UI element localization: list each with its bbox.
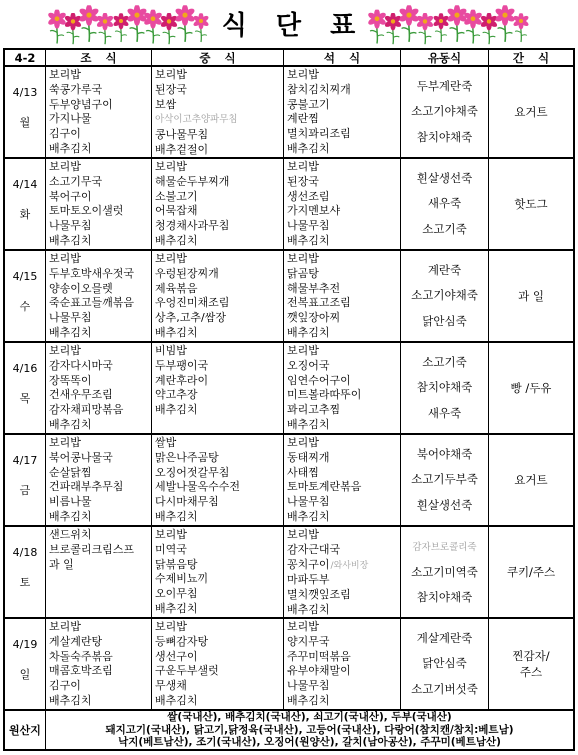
menu-item: 배추김치 xyxy=(49,326,151,341)
menu-item: 상추,고추/쌈장 xyxy=(155,311,283,326)
menu-page: 식 단 표 4-2 조 식 중 식 석 식 유동식 간 식 4/13 월 보리밥… xyxy=(0,0,578,755)
menu-item: 건파래부추무침 xyxy=(49,480,151,495)
menu-item: 감자다시마국 xyxy=(49,359,151,374)
menu-item: 배추김치 xyxy=(155,694,283,709)
liquid-food-cell: 감자브로콜리죽소고기미역죽참치야채죽 xyxy=(401,527,489,617)
menu-item: 보리밥 xyxy=(287,344,400,359)
menu-item: 배추김치 xyxy=(287,234,400,249)
snack-cell: 핫도그 xyxy=(489,159,573,249)
menu-item: 김구이 xyxy=(49,679,151,694)
menu-item: 소고기무국 xyxy=(49,175,151,190)
menu-item: 배추김치 xyxy=(287,603,400,617)
menu-item: 샌드위치 xyxy=(49,528,151,543)
snack-cell: 요거트 xyxy=(489,435,573,525)
menu-day-row: 4/17 금 보리밥북어콩나물국순살닭찜건파래부추무침비름나물배추김치 쌀밥맑은… xyxy=(5,435,573,527)
menu-item: 게살계란탕 xyxy=(49,635,151,650)
menu-item: 배추김치 xyxy=(287,418,400,433)
menu-item: 닭안심죽 xyxy=(422,657,466,670)
menu-item: 보리밥 xyxy=(287,252,400,267)
menu-item: 멸치꽈리조림 xyxy=(287,127,400,142)
snack-cell: 과 일 xyxy=(489,251,573,341)
menu-item: 순살닭찜 xyxy=(49,466,151,481)
menu-item: 배추김치 xyxy=(155,234,283,249)
breakfast-cell: 보리밥게살계란탕차돌숙주볶음매콤호박조림김구이배추김치 xyxy=(46,619,152,709)
menu-item: 두부계란죽 xyxy=(417,80,473,93)
menu-item: 맑은나주곰탕 xyxy=(155,451,283,466)
weekday-label: 월 xyxy=(20,114,31,130)
menu-item: 보리밥 xyxy=(49,436,151,451)
menu-item: 비름나물 xyxy=(49,495,151,510)
menu-item: 새우죽 xyxy=(428,407,461,420)
menu-item: 된장국 xyxy=(155,83,283,98)
menu-item: 배추김치 xyxy=(287,142,400,157)
liquid-food-cell: 흰살생선죽새우죽소고기죽 xyxy=(401,159,489,249)
column-header-lunch: 중 식 xyxy=(152,50,284,65)
menu-item: 계란죽 xyxy=(428,264,461,277)
flower-icon xyxy=(445,3,469,44)
date-cell: 4/19 일 xyxy=(5,619,46,709)
menu-item: 보리밥 xyxy=(49,68,151,83)
menu-item: 참치야채죽 xyxy=(417,591,473,604)
menu-item: 보리밥 xyxy=(287,620,400,635)
menu-item: 우엉진미채조림 xyxy=(155,296,283,311)
flower-icon xyxy=(125,3,149,44)
origin-line: 돼지고기(국내산), 닭고기,닭정육(국내산), 고등어(국내산), 다랑어(참… xyxy=(105,724,513,737)
menu-item: 보리밥 xyxy=(155,68,283,83)
menu-item: 소고기야채죽 xyxy=(411,289,478,302)
menu-item: 장똑똑이 xyxy=(49,374,151,389)
origin-line: 쌀(국내산), 배추김치(국내산), 쇠고기(국내산), 두부(국내산) xyxy=(167,711,451,724)
lunch-cell: 보리밥된장국보쌈아삭이고추양파무침콩나물무침배추겉절이 xyxy=(152,67,284,157)
menu-item: 닭볶음탕 xyxy=(155,558,283,573)
column-header-dinner: 석 식 xyxy=(284,50,401,65)
menu-day-row: 4/13 월 보리밥쑥콩가루국두부양념구이가지나물김구이배추김치 보리밥된장국보… xyxy=(5,67,573,159)
menu-item: 배추김치 xyxy=(155,326,283,341)
menu-item: 배추김치 xyxy=(155,510,283,525)
lunch-cell: 보리밥해물순두부찌개소불고기어묵잡채청경채사과무침배추김치 xyxy=(152,159,284,249)
menu-item: 콩불고기 xyxy=(287,98,400,113)
dinner-cell: 보리밥감자근대국꽁치구이/와사비장마파두부멸치깻잎조림배추김치 xyxy=(284,527,401,617)
menu-item: 다시마채무침 xyxy=(155,495,283,510)
origin-line: 낙지(베트남산), 조기(국내산), 오징어(원양산), 갈치(남아공산), 주… xyxy=(118,736,501,749)
menu-item: 브로콜리크림스프 xyxy=(49,543,151,558)
menu-item: 두부양념구이 xyxy=(49,98,151,113)
date-cell: 4/14 화 xyxy=(5,159,46,249)
menu-item: 미트볼라따뚜이 xyxy=(287,388,400,403)
menu-item: 흰살생선죽 xyxy=(417,499,473,512)
menu-item: 소고기버섯죽 xyxy=(411,683,478,696)
menu-item: 차돌숙주볶음 xyxy=(49,650,151,665)
menu-item: 멸치깻잎조림 xyxy=(287,588,400,603)
weekday-label: 수 xyxy=(20,298,31,314)
snack-cell: 찐감자/ 주스 xyxy=(489,619,573,709)
liquid-food-cell: 소고기죽참치야채죽새우죽 xyxy=(401,343,489,433)
liquid-food-cell: 게살계란죽닭안심죽소고기버섯죽 xyxy=(401,619,489,709)
weekday-label: 화 xyxy=(20,206,31,222)
menu-item: 청경채사과무침 xyxy=(155,219,283,234)
page-title: 식 단 표 xyxy=(222,5,356,42)
menu-item: 배추김치 xyxy=(49,418,151,433)
menu-item: 가지나물 xyxy=(49,112,151,127)
menu-item: 해물부추전 xyxy=(287,282,400,297)
menu-item: 계란후라이 xyxy=(155,374,283,389)
dinner-cell: 보리밥참치김치찌개콩불고기계란찜멸치꽈리조림배추김치 xyxy=(284,67,401,157)
menu-item: 꽁치구이/와사비장 xyxy=(287,558,400,574)
weekday-label: 토 xyxy=(20,574,31,590)
menu-item: 보리밥 xyxy=(49,252,151,267)
date-label: 4/15 xyxy=(13,270,38,283)
menu-item: 꽈리고추찜 xyxy=(287,403,400,418)
liquid-food-cell: 북어야채죽소고기두부죽흰살생선죽 xyxy=(401,435,489,525)
menu-item: 나물무침 xyxy=(49,311,151,326)
menu-item: 우렁된장찌개 xyxy=(155,267,283,282)
menu-item: 소고기두부죽 xyxy=(411,473,478,486)
menu-item: 생선구이 xyxy=(155,650,283,665)
menu-item: 배추김치 xyxy=(49,142,151,157)
menu-item: 어묵잡채 xyxy=(155,204,283,219)
menu-item: 보리밥 xyxy=(49,620,151,635)
menu-item: 쌀밥 xyxy=(155,436,283,451)
menu-day-row: 4/14 화 보리밥소고기무국북어구이토마토오이샐럿나물무침배추김치 보리밥해물… xyxy=(5,159,573,251)
menu-item: 두부팽이국 xyxy=(155,359,283,374)
snack-cell: 쿠키/주스 xyxy=(489,527,573,617)
menu-item: 수제비뇨끼 xyxy=(155,572,283,587)
menu-item: 게살계란죽 xyxy=(417,632,473,645)
menu-item: 보리밥 xyxy=(287,68,400,83)
menu-item: 북어야채죽 xyxy=(417,448,473,461)
menu-item: 소고기야채죽 xyxy=(411,105,478,118)
dinner-cell: 보리밥오징어국임연수어구이미트볼라따뚜이꽈리고추찜배추김치 xyxy=(284,343,401,433)
menu-item: 배추김치 xyxy=(287,326,400,341)
column-header-snack: 간 식 xyxy=(489,50,573,65)
menu-item: 소고기죽 xyxy=(422,356,466,369)
menu-item: 배추김치 xyxy=(155,602,283,617)
menu-item: 배추김치 xyxy=(49,234,151,249)
origin-content: 쌀(국내산), 배추김치(국내산), 쇠고기(국내산), 두부(국내산) 돼지고… xyxy=(46,711,573,749)
menu-item: 오징어젓갈무침 xyxy=(155,466,283,481)
menu-item: 전복표고조림 xyxy=(287,296,400,311)
menu-item: 오이무침 xyxy=(155,587,283,602)
menu-item: 건새우무조림 xyxy=(49,388,151,403)
date-label: 4/17 xyxy=(13,454,38,467)
dinner-cell: 보리밥동태찌개사태찜토마토계란볶음나물무침배추김치 xyxy=(284,435,401,525)
liquid-food-cell: 계란죽소고기야채죽닭안심죽 xyxy=(401,251,489,341)
menu-item: 보리밥 xyxy=(49,344,151,359)
menu-day-row: 4/15 수 보리밥두부호박새우젓국양송이오믈렛죽순표고들깨볶음나물무침배추김치… xyxy=(5,251,573,343)
menu-item: 보리밥 xyxy=(287,160,400,175)
menu-item: 해물순두부찌개 xyxy=(155,175,283,190)
menu-item: 과 일 xyxy=(49,558,151,573)
menu-item: 비빔밥 xyxy=(155,344,283,359)
menu-item: 소불고기 xyxy=(155,190,283,205)
menu-item: 죽순표고들깨볶음 xyxy=(49,296,151,311)
breakfast-cell: 보리밥두부호박새우젓국양송이오믈렛죽순표고들깨볶음나물무침배추김치 xyxy=(46,251,152,341)
menu-item: 계란찜 xyxy=(287,112,400,127)
dinner-cell: 보리밥닭곰탕해물부추전전복표고조림깻잎장아찌배추김치 xyxy=(284,251,401,341)
menu-item: 보리밥 xyxy=(49,160,151,175)
menu-item: 구운두부샐럿 xyxy=(155,664,283,679)
breakfast-cell: 보리밥감자다시마국장똑똑이건새우무조림감자채피망볶음배추김치 xyxy=(46,343,152,433)
menu-item: 새우죽 xyxy=(428,197,461,210)
date-cell: 4/17 금 xyxy=(5,435,46,525)
menu-item: 나물무침 xyxy=(287,219,400,234)
menu-item: 등뼈감자탕 xyxy=(155,635,283,650)
lunch-cell: 보리밥등뼈감자탕생선구이구운두부샐럿무생채배추김치 xyxy=(152,619,284,709)
menu-item: 약고추장 xyxy=(155,388,283,403)
menu-item: 토마토계란볶음 xyxy=(287,480,400,495)
menu-item: 배추김치 xyxy=(49,694,151,709)
menu-item: 주꾸미떡볶음 xyxy=(287,650,400,665)
menu-item: 감자채피망볶음 xyxy=(49,403,151,418)
flower-icon xyxy=(512,12,531,44)
menu-item: 닭안심죽 xyxy=(422,315,466,328)
menu-item: 양송이오믈렛 xyxy=(49,282,151,297)
menu-item: 세발나물옥수수전 xyxy=(155,480,283,495)
dinner-cell: 보리밥양지무국주꾸미떡볶음유부야채말이나물무침배추김치 xyxy=(284,619,401,709)
column-header-liquid-food: 유동식 xyxy=(401,50,489,65)
dinner-cell: 보리밥된장국생선조림가지멘보샤나물무침배추김치 xyxy=(284,159,401,249)
menu-item: 두부호박새우젓국 xyxy=(49,267,151,282)
menu-item: 제육볶음 xyxy=(155,282,283,297)
menu-item: 김구이 xyxy=(49,127,151,142)
menu-item: 나물무침 xyxy=(287,495,400,510)
menu-item: 된장국 xyxy=(287,175,400,190)
date-label: 4/19 xyxy=(13,638,38,651)
flower-strip-left xyxy=(46,4,212,46)
date-cell: 4/16 목 xyxy=(5,343,46,433)
menu-item: 배추김치 xyxy=(287,510,400,525)
menu-item: 참치야채죽 xyxy=(417,131,473,144)
weekday-label: 목 xyxy=(20,390,31,406)
menu-item: 동태찌개 xyxy=(287,451,400,466)
menu-item: 쑥콩가루국 xyxy=(49,83,151,98)
date-cell: 4/18 토 xyxy=(5,527,46,617)
weekday-label: 일 xyxy=(20,666,31,682)
week-label: 4-2 xyxy=(5,50,46,65)
date-label: 4/16 xyxy=(13,362,38,375)
menu-item: 양지무국 xyxy=(287,635,400,650)
menu-item: 보리밥 xyxy=(155,160,283,175)
flower-strip-right xyxy=(366,4,532,46)
origin-row: 원산지 쌀(국내산), 배추김치(국내산), 쇠고기(국내산), 두부(국내산)… xyxy=(5,711,573,749)
menu-item: 흰살생선죽 xyxy=(417,172,473,185)
breakfast-cell: 보리밥소고기무국북어구이토마토오이샐럿나물무침배추김치 xyxy=(46,159,152,249)
breakfast-cell: 보리밥북어콩나물국순살닭찜건파래부추무침비름나물배추김치 xyxy=(46,435,152,525)
lunch-cell: 쌀밥맑은나주곰탕오징어젓갈무침세발나물옥수수전다시마채무침배추김치 xyxy=(152,435,284,525)
date-cell: 4/13 월 xyxy=(5,67,46,157)
menu-item: 배추김치 xyxy=(49,510,151,525)
table-header: 4-2 조 식 중 식 석 식 유동식 간 식 xyxy=(5,50,573,67)
menu-item: 미역국 xyxy=(155,543,283,558)
menu-item: 북어구이 xyxy=(49,190,151,205)
liquid-food-cell: 두부계란죽소고기야채죽참치야채죽 xyxy=(401,67,489,157)
menu-item: 나물무침 xyxy=(49,219,151,234)
menu-item: 감자브로콜리죽 xyxy=(412,540,476,554)
menu-item: 보리밥 xyxy=(287,528,400,543)
menu-item: 나물무침 xyxy=(287,679,400,694)
menu-item: 유부야채말이 xyxy=(287,664,400,679)
date-label: 4/14 xyxy=(13,178,38,191)
lunch-cell: 비빔밥두부팽이국계란후라이약고추장배추김치 xyxy=(152,343,284,433)
breakfast-cell: 샌드위치브로콜리크림스프과 일 xyxy=(46,527,152,617)
menu-item: 생선조림 xyxy=(287,190,400,205)
menu-item: 배추김치 xyxy=(155,403,283,418)
menu-table: 4-2 조 식 중 식 석 식 유동식 간 식 4/13 월 보리밥쑥콩가루국두… xyxy=(3,48,575,751)
snack-cell: 요거트 xyxy=(489,67,573,157)
weekday-label: 금 xyxy=(20,482,31,498)
menu-day-row: 4/16 목 보리밥감자다시마국장똑똑이건새우무조림감자채피망볶음배추김치 비빔… xyxy=(5,343,573,435)
column-header-breakfast: 조 식 xyxy=(46,50,152,65)
menu-item: 배추겉절이 xyxy=(155,143,283,157)
menu-item: 보리밥 xyxy=(155,620,283,635)
menu-item: 마파두부 xyxy=(287,573,400,588)
menu-item: 가지멘보샤 xyxy=(287,204,400,219)
menu-day-row: 4/18 토 샌드위치브로콜리크림스프과 일 보리밥미역국닭볶음탕수제비뇨끼오이… xyxy=(5,527,573,619)
menu-item: 오징어국 xyxy=(287,359,400,374)
flower-icon xyxy=(191,12,210,44)
menu-item: 무생채 xyxy=(155,679,283,694)
menu-item: 감자근대국 xyxy=(287,543,400,558)
menu-item: 보리밥 xyxy=(155,252,283,267)
menu-item: 임연수어구이 xyxy=(287,374,400,389)
menu-item: 보리밥 xyxy=(287,436,400,451)
breakfast-cell: 보리밥쑥콩가루국두부양념구이가지나물김구이배추김치 xyxy=(46,67,152,157)
menu-day-row: 4/19 일 보리밥게살계란탕차돌숙주볶음매콤호박조림김구이배추김치 보리밥등뼈… xyxy=(5,619,573,711)
menu-item: 닭곰탕 xyxy=(287,267,400,282)
menu-item: 참치야채죽 xyxy=(417,381,473,394)
date-cell: 4/15 수 xyxy=(5,251,46,341)
title-bar: 식 단 표 xyxy=(0,2,578,46)
origin-label: 원산지 xyxy=(5,711,46,749)
menu-item: 깻잎장아찌 xyxy=(287,311,400,326)
menu-item: 토마토오이샐럿 xyxy=(49,204,151,219)
menu-item: 보쌈 xyxy=(155,98,283,113)
date-label: 4/13 xyxy=(13,86,38,99)
menu-item: 소고기죽 xyxy=(422,223,466,236)
menu-item: 보리밥 xyxy=(155,528,283,543)
menu-item: 북어콩나물국 xyxy=(49,451,151,466)
menu-item: 소고기미역죽 xyxy=(411,566,478,579)
menu-item: 아삭이고추양파무침 xyxy=(155,112,283,128)
menu-rows: 4/13 월 보리밥쑥콩가루국두부양념구이가지나물김구이배추김치 보리밥된장국보… xyxy=(5,67,573,711)
menu-item: 배추김치 xyxy=(287,694,400,709)
menu-item: 매콤호박조림 xyxy=(49,664,151,679)
menu-item: 참치김치찌개 xyxy=(287,83,400,98)
snack-cell: 빵 /두유 xyxy=(489,343,573,433)
menu-item: 사태찜 xyxy=(287,466,400,481)
lunch-cell: 보리밥미역국닭볶음탕수제비뇨끼오이무침배추김치 xyxy=(152,527,284,617)
menu-item: 콩나물무침 xyxy=(155,128,283,143)
lunch-cell: 보리밥우렁된장찌개제육볶음우엉진미채조림상추,고추/쌈장배추김치 xyxy=(152,251,284,341)
date-label: 4/18 xyxy=(13,546,38,559)
